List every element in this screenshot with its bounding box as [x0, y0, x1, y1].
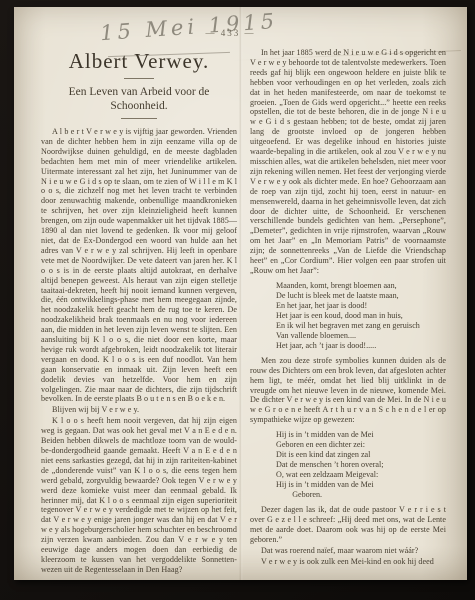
poem-line: De lucht is bleek met de laatste maan, [276, 291, 446, 301]
article-title: Albert Verwey. [41, 49, 237, 73]
article-subtitle: Een Leven van Arbeid voor de Schoonheid. [41, 85, 237, 113]
poem-stanza: Hij is in ’t midden van de MeiGeboren en… [276, 430, 446, 500]
paragraph: Blijven wij bij V e r w e y. [41, 405, 237, 415]
paragraph: Dezer dagen las ik, dat de oude pastoor … [250, 505, 446, 545]
poem-line: Hij is in ’t midden van de Mei [276, 480, 446, 490]
scanned-page: 15 Mei 1915 — 433 — Albert Verwey. Een L… [14, 7, 467, 580]
poem-line: Dat de menschen ’t horen overal; [276, 460, 446, 470]
poem-line: Het jaar is een koud, dood man in huis, [276, 311, 446, 321]
poem-line: Geboren en een dichter zei: [276, 440, 446, 450]
poem-line: Maanden, komt, brengt bloemen aan, [276, 281, 446, 291]
poem-line: Van vallende bloemen.... [276, 331, 446, 341]
subtitle-rule [121, 118, 157, 119]
article-header: Albert Verwey. Een Leven van Arbeid voor… [41, 49, 237, 119]
article-body: Albert Verwey. Een Leven van Arbeid voor… [41, 45, 446, 566]
paragraph: A l b e r t V e r w e y is vijftig jaar … [41, 127, 237, 404]
poem-line: Geboren. [276, 490, 446, 500]
column-right: In het jaar 1885 werd de N i e u w e G i… [250, 45, 446, 566]
paragraph: In het jaar 1885 werd de N i e u w e G i… [250, 48, 446, 276]
title-rule [124, 78, 154, 79]
poem-line: O, wat een zeldzaam Meigeval: [276, 470, 446, 480]
paragraph: V e r w e y is ook zulk een Mei-kind en … [250, 557, 446, 567]
column-left: Albert Verwey. Een Leven van Arbeid voor… [41, 45, 237, 566]
paragraph: Dat was roerend naïef, maar waarom niet … [250, 546, 446, 556]
poem-line: En het jaar, het jaar is dood! [276, 301, 446, 311]
handwritten-date: 15 Mei 1915 [99, 9, 278, 45]
poem-stanza: Maanden, komt, brengt bloemen aan,De luc… [276, 281, 446, 351]
poem-line: Dit is een kind dat zingen zal [276, 450, 446, 460]
page-number: — 433 — [14, 28, 447, 38]
poem-line: En ik wil het begraven met zang en gerui… [276, 321, 446, 331]
paragraph: Men zou deze strofe symbolies kunnen dui… [250, 356, 446, 425]
poem-line: Het jaar, ach ’t jaar is dood!..... [276, 341, 446, 351]
paragraph: K l o o s heeft hem nooit vergeven, dat … [41, 416, 237, 575]
poem-line: Hij is in ’t midden van de Mei [276, 430, 446, 440]
